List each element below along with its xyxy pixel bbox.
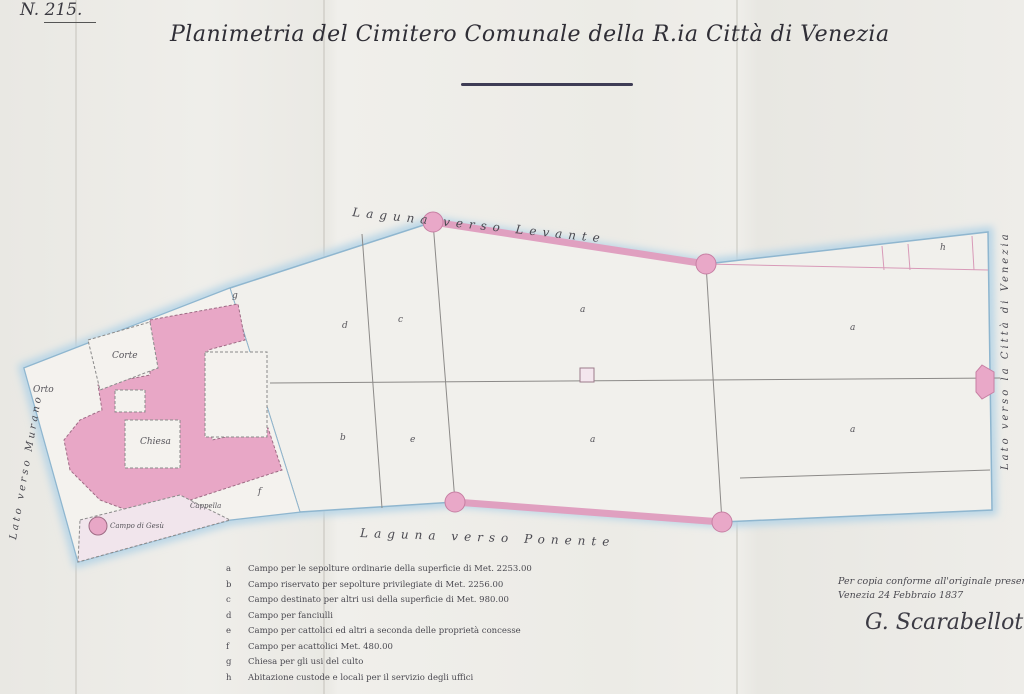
- svg-text:Lato verso Murano: Lato verso Murano: [8, 393, 45, 541]
- central-cross-marker: [580, 368, 594, 382]
- svg-text:e: e: [410, 435, 415, 445]
- svg-text:g: g: [232, 291, 238, 301]
- svg-text:a: a: [850, 323, 855, 333]
- corner-tower: [712, 512, 732, 532]
- svg-text:Corte: Corte: [112, 351, 138, 361]
- svg-text:a: a: [580, 305, 585, 315]
- corner-tower: [696, 254, 716, 274]
- legend-row: gChiesa per gli usi del culto: [226, 655, 532, 671]
- svg-text:Cappella: Cappella: [190, 502, 221, 510]
- svg-text:Lato verso la Città di Venezia: Lato verso la Città di Venezia: [1000, 231, 1011, 471]
- legend-row: hAbitazione custode e locali per il serv…: [226, 671, 532, 687]
- legend-row: cCampo destinato per altri usi della sup…: [226, 593, 532, 609]
- svg-text:Campo di Gesù: Campo di Gesù: [110, 522, 164, 530]
- svg-text:Orto: Orto: [33, 385, 54, 395]
- svg-text:h: h: [940, 243, 946, 253]
- legend-row: aCampo per le sepolture ordinarie della …: [226, 562, 532, 578]
- legend: aCampo per le sepolture ordinarie della …: [226, 562, 532, 686]
- legend-row: fCampo per acattolici Met. 480.00: [226, 640, 532, 656]
- svg-text:a: a: [850, 425, 855, 435]
- svg-text:Laguna verso Ponente: Laguna verso Ponente: [359, 526, 616, 549]
- signature: G. Scarabellotto: [865, 610, 1024, 635]
- legend-row: eCampo per cattolici ed altri a seconda …: [226, 624, 532, 640]
- east-gate: [976, 365, 994, 399]
- legend-row: bCampo riservato per sepolture privilegi…: [226, 578, 532, 594]
- corner-tower: [445, 492, 465, 512]
- svg-text:a: a: [590, 435, 595, 445]
- certification-note: Per copia conforme all'originale present…: [838, 575, 1024, 603]
- svg-text:b: b: [340, 433, 346, 443]
- legend-row: dCampo per fanciulli: [226, 609, 532, 625]
- svg-text:c: c: [398, 315, 403, 325]
- svg-text:d: d: [342, 321, 348, 331]
- svg-text:Chiesa: Chiesa: [140, 437, 171, 447]
